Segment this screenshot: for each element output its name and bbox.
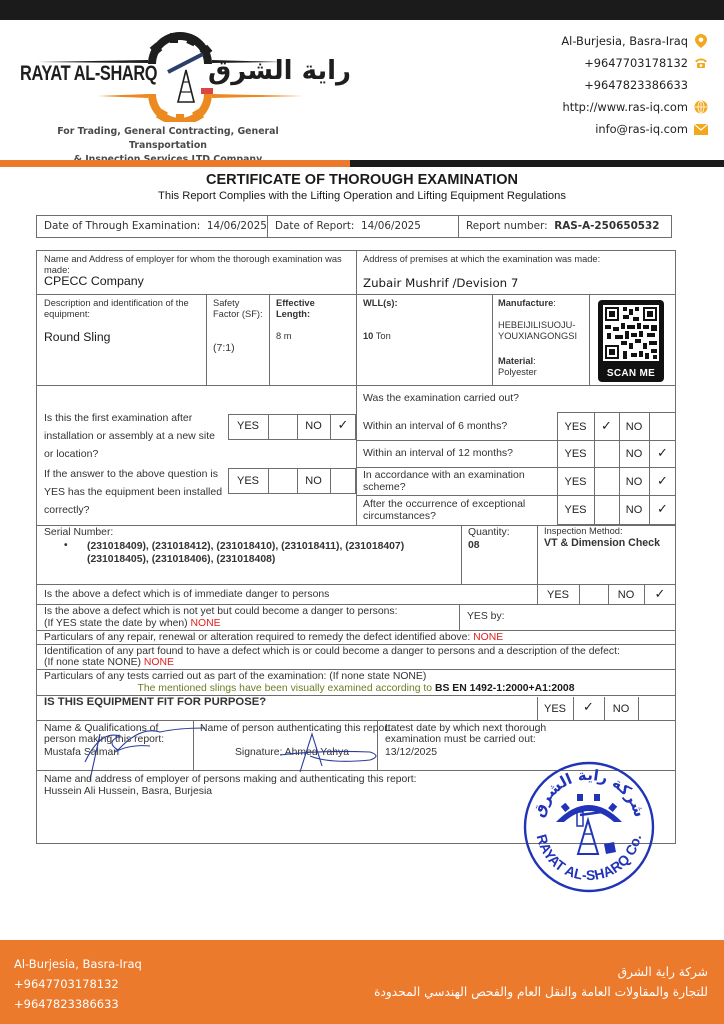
inspection-method-label: Inspection Method: [544,526,623,537]
inspection-method-value: VT & Dimension Check [544,538,660,549]
future-danger-question: Is the above a defect which is not yet b… [44,606,398,617]
yes-label: YES [537,703,573,715]
no-label: NO [619,421,649,433]
divider [268,414,269,440]
tests-value-text: The mentioned slings have been visually … [138,683,433,694]
repair-label: Particulars of any repair, renewal or al… [44,632,470,643]
quantity-value: 08 [468,540,480,551]
employer-value: CPECC Company [44,276,144,287]
contact-address-text: Al-Burjesia, Basra-Iraq [561,34,688,48]
serial-number-list: (231018409), (231018412), (231018410), (… [87,540,404,566]
wll-value: 10 Ton [363,331,391,342]
installed-correctly-yes-label: YES [228,475,268,487]
report-number-label: Report number: [466,220,548,232]
manufacture-label-wrap: Manufacture: [498,298,556,309]
future-danger-value: NONE [191,618,221,629]
manufacture-value-line-2: YOUXIANGONGSI [498,331,577,342]
serial-number-label: Serial Number: [44,527,113,538]
certificate-subtitle: This Report Complies with the Lifting Op… [0,190,724,202]
tests-value: The mentioned slings have been visually … [36,683,676,694]
divider [36,604,676,605]
divider [356,250,357,525]
report-date-value: 14/06/2025 [361,220,421,232]
divider [589,294,590,385]
footer-phone-2[interactable]: +9647823386633 [14,994,142,1014]
carried-out-exceptional-no-checkbox[interactable]: ✓ [649,502,676,517]
logo-text-arabic: راية الشرق [208,56,351,86]
exam-date-label: Date of Through Examination: [44,220,200,232]
immediate-danger-question: Is the above a defect which is of immedi… [44,589,329,600]
qr-code-icon [603,305,659,361]
fit-for-purpose-yes-checkbox[interactable]: ✓ [573,700,604,715]
quantity-label: Quantity: [468,527,510,538]
divider [36,630,676,631]
report-date-label: Date of Report: [275,220,354,232]
employer-label: Name and Address of employer for whom th… [44,254,349,276]
svg-text:شركة راية الشرق: شركة راية الشرق [529,766,649,820]
contact-email[interactable]: info@ras-iq.com [561,118,708,140]
qr-code[interactable]: SCAN ME [598,300,664,382]
svg-text:RAYAT AL-SHARQ Co.: RAYAT AL-SHARQ Co. [534,832,645,883]
divider [579,584,580,604]
divider [492,294,493,385]
header-contacts: Al-Burjesia, Basra-Iraq +9647703178132 +… [561,30,708,140]
maker-signature-icon [60,722,210,782]
premises-label: Address of premises at which the examina… [363,254,673,265]
report-number-value: RAS-A-250650532 [554,220,659,232]
divider [206,294,207,385]
installed-correctly-question: If the answer to the above question is Y… [44,465,224,519]
bullet: • [64,540,68,551]
carried-out-exceptional-question: After the occurrence of exceptional circ… [363,498,548,522]
divider [36,644,676,645]
yes-label: YES [537,589,579,601]
repair-field: Particulars of any repair, renewal or al… [44,632,503,643]
safety-factor-value: (7:1) [213,343,235,354]
colon: : [533,356,536,366]
yes-label: YES [557,448,594,460]
certificate-title: CERTIFICATE OF THOROUGH EXAMINATION [0,172,724,188]
manufacture-label: Manufacture [498,298,553,308]
carried-out-scheme-no-checkbox[interactable]: ✓ [649,474,676,489]
serial-line-1: (231018409), (231018412), (231018410), (… [87,540,404,553]
future-danger-hint: (If YES state the date by when) [44,618,188,629]
no-label: NO [619,504,649,516]
divider [267,215,268,238]
divider [36,669,676,670]
carried-out-12-months-question: Within an interval of 12 months? [363,448,513,459]
qr-scan-label: SCAN ME [598,368,664,379]
carried-out-scheme-question: In accordance with an examination scheme… [363,469,548,493]
footer-contacts: Al-Burjesia, Basra-Iraq +9647703178132 +… [14,954,142,1014]
future-danger-answer: (If YES state the date by when) NONE [44,618,221,629]
logo-text-english: RAYAT AL-SHARQ [20,62,157,86]
footer-phone-1[interactable]: +9647703178132 [14,974,142,994]
divider [459,604,460,630]
part-defect-value: NONE [144,657,174,668]
serial-line-2: (231018405), (231018406), (231018408) [87,553,404,566]
no-label: NO [604,703,638,715]
divider [269,294,270,385]
carried-out-6-months-yes-checkbox[interactable]: ✓ [594,419,619,434]
first-exam-no-checkbox[interactable]: ✓ [330,418,356,433]
footer-bar: Al-Burjesia, Basra-Iraq +9647703178132 +… [0,940,724,1024]
tests-standard: BS EN 1492-1:2000+A1:2008 [435,683,575,694]
exam-date-field: Date of Through Examination: 14/06/2025 [44,221,267,232]
divider [356,440,676,441]
contact-phone-2-text[interactable]: +9647823386633 [584,78,688,92]
safety-factor-label: Safety Factor (SF): [213,298,265,320]
report-employer-label: Name and address of employer of persons … [44,774,417,785]
report-employer-value: Hussein Ali Hussein, Basra, Burjesia [44,786,212,797]
material-label: Material [498,356,533,366]
divider [330,468,331,494]
wll-label: WLL(s): [363,298,398,309]
header-divider-orange [0,160,350,167]
contact-website[interactable]: http://www.ras-iq.com [561,96,708,118]
authenticator-signature-icon [270,730,385,775]
report-number-field: Report number: RAS-A-250650532 [466,221,660,232]
equipment-description-label: Description and identification of the eq… [44,298,204,320]
contact-website-link[interactable]: http://www.ras-iq.com [563,100,688,114]
contact-phone-2[interactable]: +9647823386633 [561,74,708,96]
yes-label: YES [557,504,594,516]
effective-length-label: Effective Length: [276,298,336,320]
contact-phone-1[interactable]: +9647703178132 [561,52,708,74]
footer-company-name-ar: شركة راية الشرق [374,962,708,982]
location-pin-icon [694,34,708,48]
next-exam-date-value: 13/12/2025 [385,747,437,758]
company-stamp-icon: شركة راية الشرق RAYAT AL-SHARQ Co. [522,760,656,894]
tests-label: Particulars of any tests carried out as … [44,671,426,682]
divider [36,385,676,386]
manufacture-value: HEBEIJILISUOJU- YOUXIANGONGSI [498,320,577,342]
manufacture-value-line-1: HEBEIJILISUOJU- [498,320,577,331]
installed-correctly-no-label: NO [297,475,330,487]
colon: : [553,298,556,308]
tagline-line-1: For Trading, General Contracting, Genera… [18,125,318,153]
part-defect-label: Identification of any part found to have… [44,646,620,657]
carried-out-heading: Was the examination carried out? [363,393,519,404]
part-defect-hint: (If none state NONE) [44,657,141,668]
exam-date-value: 14/06/2025 [207,220,267,232]
first-exam-yes-label: YES [228,420,268,432]
effective-length-value: 8 m [276,331,292,342]
globe-icon [694,100,708,114]
contact-phone-1-text[interactable]: +9647703178132 [584,56,688,70]
next-exam-date-label: Latest date by which next thorough exami… [385,723,575,745]
divider [356,467,676,468]
wll-unit: Ton [376,331,391,341]
no-label: NO [619,476,649,488]
part-defect-answer: (If none state NONE) NONE [44,657,174,668]
divider [268,468,269,494]
divider [638,697,639,720]
contact-address: Al-Burjesia, Basra-Iraq [561,30,708,52]
first-exam-no-label: NO [297,420,330,432]
repair-value: NONE [473,632,503,643]
yes-by-label: YES by: [467,611,505,622]
top-bar [0,0,724,20]
material-value: Polyester [498,367,537,378]
carried-out-6-months-question: Within an interval of 6 months? [363,421,507,432]
company-logo: RAYAT AL-SHARQ راية الشرق [18,22,318,122]
fit-for-purpose-question: IS THIS EQUIPMENT FIT FOR PURPOSE? [44,697,266,708]
divider [356,495,676,496]
divider [36,294,676,295]
divider [36,584,676,585]
header-divider-black [350,160,724,167]
report-date-field: Date of Report: 14/06/2025 [275,221,421,232]
divider [36,720,676,721]
material-field: Material: Polyester [498,356,537,378]
footer-address: Al-Burjesia, Basra-Iraq [14,954,142,974]
yes-label: YES [557,421,594,433]
telephone-icon [694,56,708,70]
footer-company-desc-ar: للتجارة والمقاولات العامة والنقل العام و… [374,982,708,1002]
carried-out-12-months-no-checkbox[interactable]: ✓ [649,446,676,461]
premises-value: Zubair Mushrif /Devision 7 [363,278,518,289]
no-label: NO [608,589,644,601]
wll-number: 10 [363,331,373,341]
immediate-danger-no-checkbox[interactable]: ✓ [644,587,676,602]
divider [461,525,462,584]
first-exam-question: Is this the first examination after inst… [44,409,224,463]
yes-label: YES [557,476,594,488]
divider [458,215,459,238]
no-label: NO [619,448,649,460]
contact-email-link[interactable]: info@ras-iq.com [595,122,688,136]
footer-arabic-company: شركة راية الشرق للتجارة والمقاولات العام… [374,962,708,1002]
equipment-description-value: Round Sling [44,332,110,343]
envelope-icon [694,122,708,136]
